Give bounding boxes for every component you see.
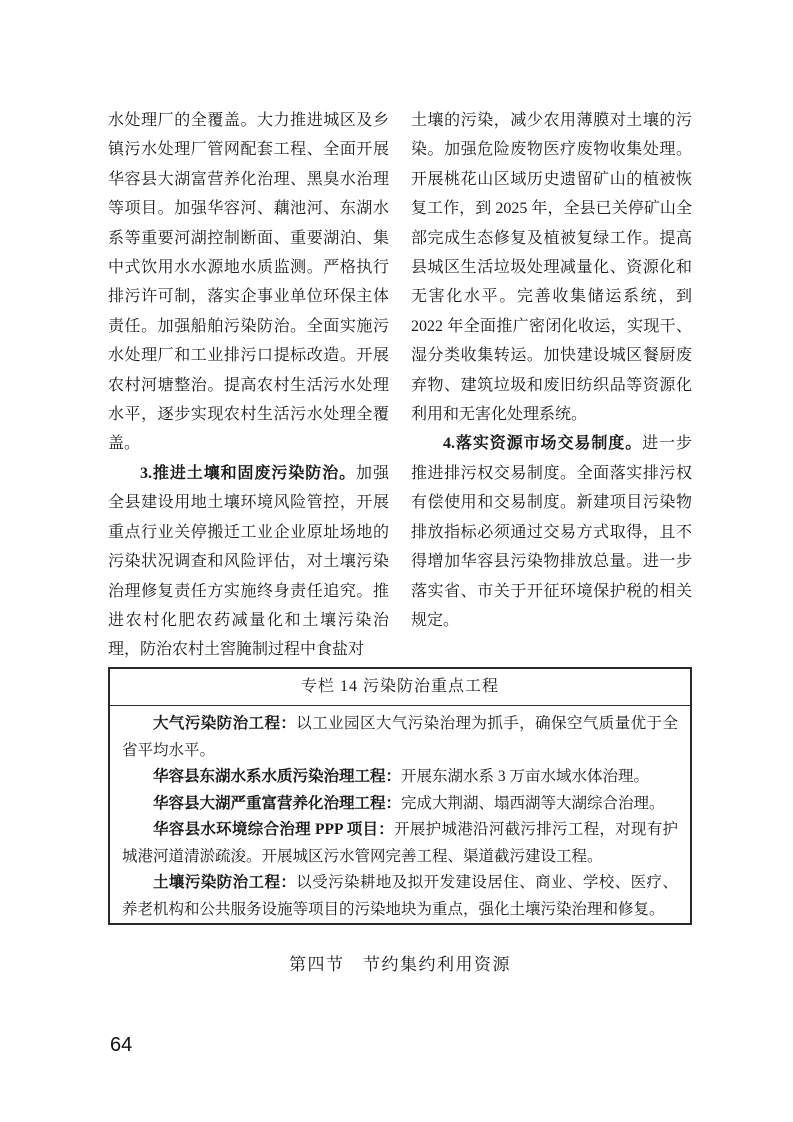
paragraph-lead: 3.推进土壤和固废污染防治。 [140, 465, 356, 482]
callout-item: 华容县水环境综合治理 PPP 项目：开展护城港沿河截污排污工程，对现有护城港河道… [122, 817, 678, 870]
paragraph-lead: 4.落实资源市场交易制度。 [443, 435, 642, 452]
page-number: 64 [110, 1034, 132, 1057]
right-column: 土壤的污染，减少农用薄膜对土壤的污染。加强危险废物医疗废物收集处理。开展桃花山区… [411, 106, 692, 665]
callout-item-label: 华容县水环境综合治理 PPP 项目： [153, 821, 394, 838]
paragraph: 3.推进土壤和固废污染防治。加强全县建设用地土壤环境风险管控，开展重点行业关停搬… [108, 459, 389, 665]
document-page: 水处理厂的全覆盖。大力推进城区及乡镇污水处理厂管网配套工程、全面开展华容县大湖富… [0, 0, 793, 1122]
callout-item-label: 华容县东湖水系水质污染治理工程： [153, 768, 401, 785]
paragraph: 水处理厂的全覆盖。大力推进城区及乡镇污水处理厂管网配套工程、全面开展华容县大湖富… [108, 106, 389, 459]
paragraph: 4.落实资源市场交易制度。进一步推进排污权交易制度。全面落实排污权有偿使用和交易… [411, 429, 692, 635]
callout-item-label: 土壤污染防治工程： [153, 874, 296, 891]
callout-item-text: 开展东湖水系 3 万亩水域水体治理。 [401, 768, 649, 785]
callout-item: 华容县东湖水系水质污染治理工程：开展东湖水系 3 万亩水域水体治理。 [122, 764, 678, 791]
paragraph-text: 水处理厂的全覆盖。大力推进城区及乡镇污水处理厂管网配套工程、全面开展华容县大湖富… [108, 112, 389, 452]
body-text: 水处理厂的全覆盖。大力推进城区及乡镇污水处理厂管网配套工程、全面开展华容县大湖富… [108, 106, 692, 665]
callout-item: 土壤污染防治工程：以受污染耕地及拟开发建设居住、商业、学校、医疗、养老机构和公共… [122, 870, 678, 923]
section-heading: 第四节 节约集约利用资源 [108, 950, 692, 975]
callout-title: 专栏 14 污染防治重点工程 [110, 669, 690, 706]
paragraph-text: 加强全县建设用地土壤环境风险管控，开展重点行业关停搬迁工业企业原址场地的污染状况… [108, 465, 389, 658]
paragraph: 土壤的污染，减少农用薄膜对土壤的污染。加强危险废物医疗废物收集处理。开展桃花山区… [411, 106, 692, 429]
paragraph-text: 土壤的污染，减少农用薄膜对土壤的污染。加强危险废物医疗废物收集处理。开展桃花山区… [411, 112, 692, 423]
callout-box: 专栏 14 污染防治重点工程 大气污染防治工程：以工业园区大气污染治理为抓手，确… [108, 667, 692, 925]
callout-item-label: 大气污染防治工程： [153, 715, 296, 732]
callout-item-label: 华容县大湖严重富营养化治理工程： [153, 795, 401, 812]
paragraph-text: 进一步推进排污权交易制度。全面落实排污权有偿使用和交易制度。新建项目污染物排放指… [411, 435, 692, 628]
left-column: 水处理厂的全覆盖。大力推进城区及乡镇污水处理厂管网配套工程、全面开展华容县大湖富… [108, 106, 389, 665]
callout-item: 华容县大湖严重富营养化治理工程：完成大荆湖、塌西湖等大湖综合治理。 [122, 791, 678, 818]
callout-item-text: 完成大荆湖、塌西湖等大湖综合治理。 [401, 795, 665, 812]
callout-body: 大气污染防治工程：以工业园区大气污染治理为抓手，确保空气质量优于全省平均水平。 … [110, 706, 690, 923]
callout-item: 大气污染防治工程：以工业园区大气污染治理为抓手，确保空气质量优于全省平均水平。 [122, 711, 678, 764]
